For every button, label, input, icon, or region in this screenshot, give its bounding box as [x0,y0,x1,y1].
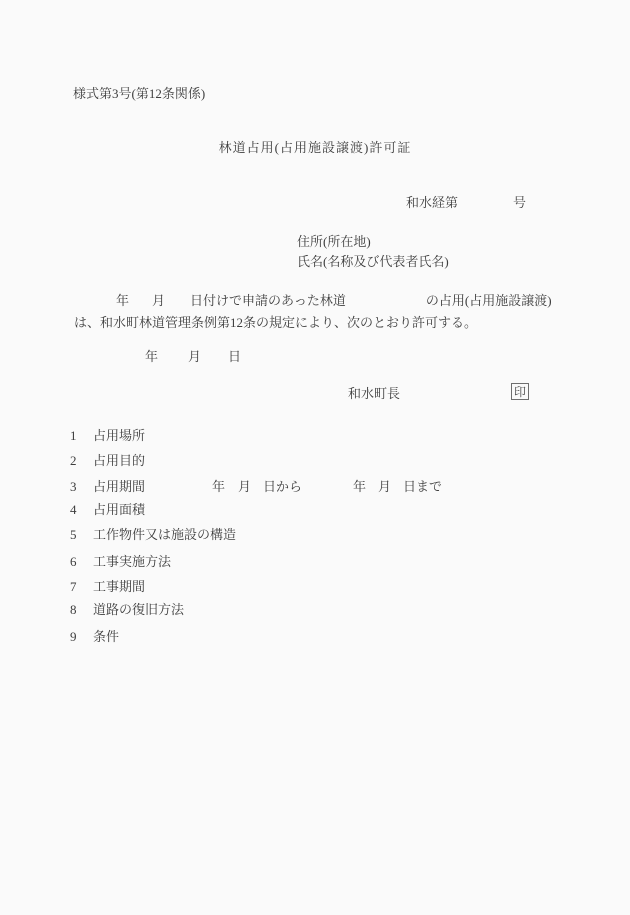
item-number: 9 [70,630,93,645]
issue-date-line: 年月日 [145,350,241,365]
item-number: 6 [70,555,93,570]
item-label: 占用面積 [93,502,145,517]
period-to-day: 日まで [403,480,442,495]
item-label: 占用期間 [93,479,145,494]
date-month-label: 月 [188,349,201,364]
form-number: 様式第3号(第12条関係) [73,87,205,102]
document-number-line: 和水経第号 [406,196,526,211]
period-from-month: 月 [238,480,251,495]
body-tail: の占用(占用施設譲渡) [426,293,552,308]
item-label: 道路の復旧方法 [93,602,184,617]
item-number: 7 [70,580,93,595]
seal-box: 印 [511,383,529,400]
recipient-address-label: 住所(所在地) [297,235,371,250]
document-title: 林道占用(占用施設譲渡)許可証 [0,141,630,156]
list-item: 9条件 [70,630,119,645]
list-item: 6工事実施方法 [70,555,171,570]
mayor-title: 和水町長 [348,387,400,402]
seal-mark-icon: 印 [511,383,529,400]
item-label: 工事実施方法 [93,554,171,569]
item-number: 1 [70,429,93,444]
period-from-day: 日から [263,480,302,495]
item-label: 占用目的 [93,453,145,468]
list-item: 8道路の復旧方法 [70,603,184,618]
item-label: 条件 [93,629,119,644]
permit-document-page: 様式第3号(第12条関係) 林道占用(占用施設譲渡)許可証 和水経第号 住所(所… [0,0,630,915]
list-item: 1占用場所 [70,429,145,444]
doc-number-prefix: 和水経第 [406,195,458,210]
item-label: 工作物件又は施設の構造 [93,527,236,542]
period-to-year: 年 [353,480,366,495]
date-year-label: 年 [145,349,158,364]
list-item: 3占用期間 [70,480,145,495]
doc-number-blank-field [458,206,513,207]
body-day-phrase: 日付けで申請のあった林道 [190,293,346,308]
list-item: 7工事期間 [70,580,145,595]
item-label: 占用場所 [93,428,145,443]
recipient-name-label: 氏名(名称及び代表者氏名) [297,255,449,270]
body-year-blank [129,304,152,305]
item-label: 工事期間 [93,579,145,594]
item-number: 8 [70,603,93,618]
period-to-month: 月 [378,480,391,495]
body-month-blank [165,304,190,305]
body-line-2: は、和水町林道管理条例第12条の規定により、次のとおり許可する。 [74,316,477,331]
body-year-label: 年 [116,293,129,308]
item-number: 4 [70,503,93,518]
item-number: 2 [70,454,93,469]
item-number: 3 [70,480,93,495]
item-number: 5 [70,528,93,543]
body-line-1: 年月日付けで申請のあった林道の占用(占用施設譲渡) [116,294,552,309]
date-month-blank [201,360,228,361]
body-road-name-blank [346,304,426,305]
doc-number-suffix: 号 [513,195,526,210]
period-from-year: 年 [212,480,225,495]
list-item: 2占用目的 [70,454,145,469]
date-day-label: 日 [228,349,241,364]
list-item: 4占用面積 [70,503,145,518]
list-item: 5工作物件又は施設の構造 [70,528,236,543]
body-month-label: 月 [152,293,165,308]
date-year-blank [158,360,188,361]
